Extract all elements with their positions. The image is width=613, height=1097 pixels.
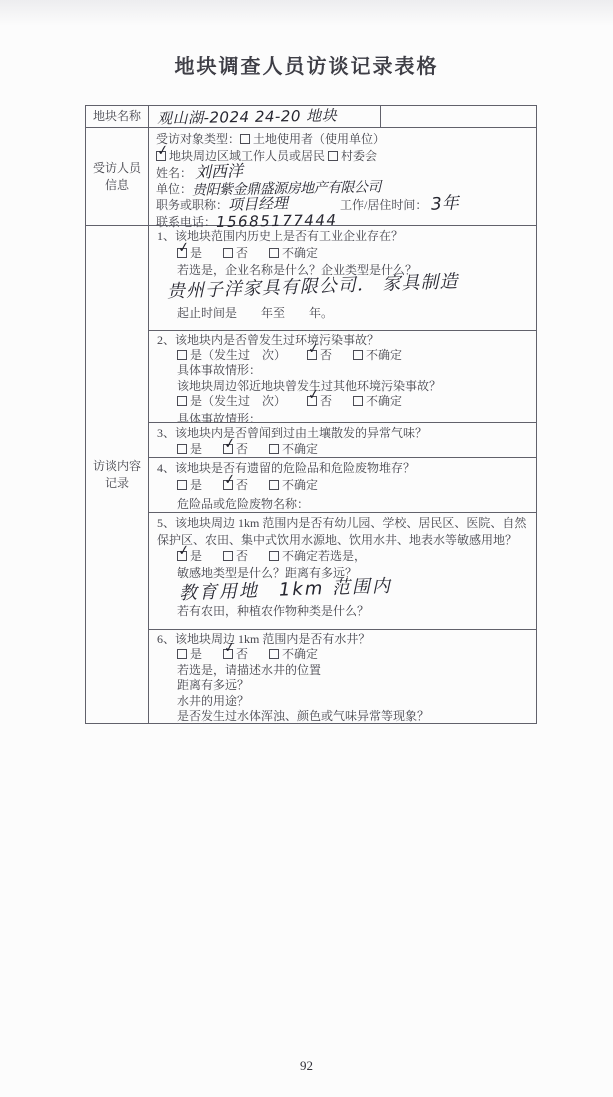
check-mark-icon: ✓ [223,641,237,658]
question-3: 3、该地块内是否曾闻到过由土壤散发的异常气味？ ✓是 ✓否 ✓不确定 [149,423,536,458]
question-6-line-3: 水井的用途？ [177,694,528,709]
option-unsure: ✓不确定 [353,348,402,362]
question-6-line-2: 距离有多远？ [177,678,528,693]
option-yes: ✓是 [177,549,202,563]
checkbox-icon: ✓ [177,649,187,659]
interview-record-table: 地块名称 观山湖-2024 24-20 地块 受访人员信息 受访对象类型：✓土地… [85,105,537,724]
unit-line: 单位：贵阳紫金鼎盛源房地产有限公司 [156,180,529,196]
interviewee-section-label: 受访人员信息 [86,128,149,225]
checkbox-icon: ✓ [177,551,187,561]
option-unsure: ✓不确定 [353,394,402,408]
question-3-title: 3、该地块内是否曾闻到过由土壤散发的异常气味？ [157,425,528,441]
question-3-options: ✓是 ✓否 ✓不确定 [177,441,528,457]
site-name-label: 地块名称 [86,106,149,127]
check-mark-icon: ✓ [307,387,321,404]
option-no: ✓否 [223,549,248,563]
option-no: ✓否 [223,246,248,260]
checkbox-icon: ✓ [269,480,279,490]
checkbox-icon: ✓ [269,248,279,258]
check-mark-icon: ✓ [177,542,191,560]
position-line: 职务或职称：项目经理工作/居住时间：3年 [156,196,529,212]
question-6-line-4: 是否发生过水体浑浊、颜色或气味异常等现象？ [177,709,528,723]
question-5-options: ✓是 ✓否 ✓不确定若选是， [177,548,528,565]
option-yes: ✓是 [177,478,202,492]
question-6: 6、该地块周边 1km 范围内是否有水井？ ✓是 ✓否 ✓不确定 若选是，请描述… [149,630,536,723]
unit-label: 单位： [156,182,192,196]
checkbox-icon: ✓ [223,480,233,490]
site-name-row: 地块名称 观山湖-2024 24-20 地块 [86,106,536,128]
name-label: 姓名： [156,166,192,180]
option-yes: ✓是 [177,647,202,661]
checkbox-icon: ✓ [177,480,187,490]
option-unsure: ✓不确定 [269,246,318,260]
question-4: 4、该地块是否有遗留的危险品和危险废物堆存？ ✓是 ✓否 ✓不确定 危险品或危险… [149,458,536,513]
question-2-options-site: ✓是（发生过 次） ✓否 ✓不确定 [177,348,528,363]
name-handwritten: 刘西洋 [195,164,243,180]
site-name-empty-cell [381,106,536,127]
name-line: 姓名：刘西洋 [156,164,529,180]
question-2-detail-label-2: 具体事故情形： [177,412,528,423]
option-unsure: ✓不确定 [269,478,318,492]
option-no: ✓否 [307,394,332,408]
option-yes: ✓是（发生过 次） [177,394,286,408]
option-unsure: ✓不确定 [269,647,318,661]
question-1: 1、该地块范围内历史上是否有工业企业存在？ ✓是 ✓否 ✓不确定 若选是，企业名… [149,226,536,331]
check-mark-icon: ✓ [307,341,321,358]
question-2-options-nearby: ✓是（发生过 次） ✓否 ✓不确定 [177,394,528,409]
checkbox-icon: ✓ [240,134,250,144]
check-mark-icon: ✓ [156,142,170,160]
question-4-name-prompt: 危险品或危险废物名称： [177,496,528,513]
option-land-user: ✓土地使用者（使用单位） [240,132,379,146]
question-6-line-1: 若选是，请描述水井的位置 [177,663,528,678]
checkbox-icon: ✓ [156,151,166,161]
site-name-value-cell: 观山湖-2024 24-20 地块 [149,106,381,127]
site-name-handwritten: 观山湖-2024 24-20 地块 [157,108,337,125]
interview-questions: 1、该地块范围内历史上是否有工业企业存在？ ✓是 ✓否 ✓不确定 若选是，企业名… [149,226,536,723]
checkbox-icon: ✓ [177,444,187,454]
interviewee-type-prefix: 受访对象类型： [156,132,240,146]
interviewee-content: 受访对象类型：✓土地使用者（使用单位） ✓地块周边区域工作人员或居民 ✓村委会 … [149,128,536,225]
checkbox-icon: ✓ [353,350,363,360]
question-5-title: 5、该地块周边 1km 范围内是否有幼儿园、学校、居民区、医院、自然保护区、农田… [157,515,528,548]
check-mark-icon: ✓ [177,239,191,257]
question-4-options: ✓是 ✓否 ✓不确定 [177,477,528,494]
question-1-title: 1、该地块范围内历史上是否有工业企业存在？ [157,228,528,245]
checkbox-icon: ✓ [307,396,317,406]
option-yes: ✓是 [177,442,202,456]
checkbox-icon: ✓ [177,350,187,360]
question-6-options: ✓是 ✓否 ✓不确定 [177,647,528,662]
option-no: ✓否 [307,348,332,362]
question-2-detail-label-1: 具体事故情形： [177,363,528,378]
duration-handwritten: 3年 [431,197,460,212]
interviewee-row: 受访人员信息 受访对象类型：✓土地使用者（使用单位） ✓地块周边区域工作人员或居… [86,128,536,226]
checkbox-icon: ✓ [223,444,233,454]
checkbox-icon: ✓ [328,151,338,161]
page-title: 地块调查人员访谈记录表格 [0,50,613,79]
option-yes: ✓是（发生过 次） [177,348,286,362]
question-2-title: 2、该地块内是否曾发生过环境污染事故？ [157,333,528,348]
option-yes: ✓是 [177,246,202,260]
option-no: ✓否 [223,647,248,661]
option-village-committee: ✓村委会 [328,149,377,163]
question-6-title: 6、该地块周边 1km 范围内是否有水井？ [157,632,528,647]
duration-label: 工作/居住时间： [340,198,427,212]
position-handwritten: 项目经理 [228,196,288,212]
checkbox-icon: ✓ [269,551,279,561]
option-no: ✓否 [223,478,248,492]
question-4-title: 4、该地块是否有遗留的危险品和危险废物堆存？ [157,460,528,477]
check-mark-icon: ✓ [223,471,237,489]
checkbox-icon: ✓ [269,649,279,659]
checkbox-icon: ✓ [353,396,363,406]
checkbox-icon: ✓ [307,350,317,360]
option-unsure: ✓不确定若选是， [269,549,366,563]
interview-section-label: 访谈内容记录 [86,226,149,723]
checkbox-icon: ✓ [223,551,233,561]
question-5: 5、该地块周边 1km 范围内是否有幼儿园、学校、居民区、医院、自然保护区、农田… [149,513,536,630]
page-number: 92 [0,1058,613,1074]
interviewee-type-line: 受访对象类型：✓土地使用者（使用单位） ✓地块周边区域工作人员或居民 ✓村委会 [156,131,529,164]
checkbox-icon: ✓ [269,444,279,454]
option-unsure: ✓不确定 [269,442,318,456]
question-1-options: ✓是 ✓否 ✓不确定 [177,245,528,262]
checkbox-icon: ✓ [177,396,187,406]
checkbox-icon: ✓ [177,248,187,258]
checkbox-icon: ✓ [223,649,233,659]
position-label: 职务或职称： [156,198,228,212]
checkbox-icon: ✓ [223,248,233,258]
question-2: 2、该地块内是否曾发生过环境污染事故？ ✓是（发生过 次） ✓否 ✓不确定 具体… [149,331,536,423]
scanned-document-page: 地块调查人员访谈记录表格 地块名称 观山湖-2024 24-20 地块 受访人员… [0,0,613,1097]
option-no: ✓否 [223,442,248,456]
question-2-sub-question: 该地块周边邻近地块曾发生过其他环境污染事故？ [177,379,528,394]
check-mark-icon: ✓ [223,435,237,452]
interview-row: 访谈内容记录 1、该地块范围内历史上是否有工业企业存在？ ✓是 ✓否 ✓不确定 … [86,226,536,723]
